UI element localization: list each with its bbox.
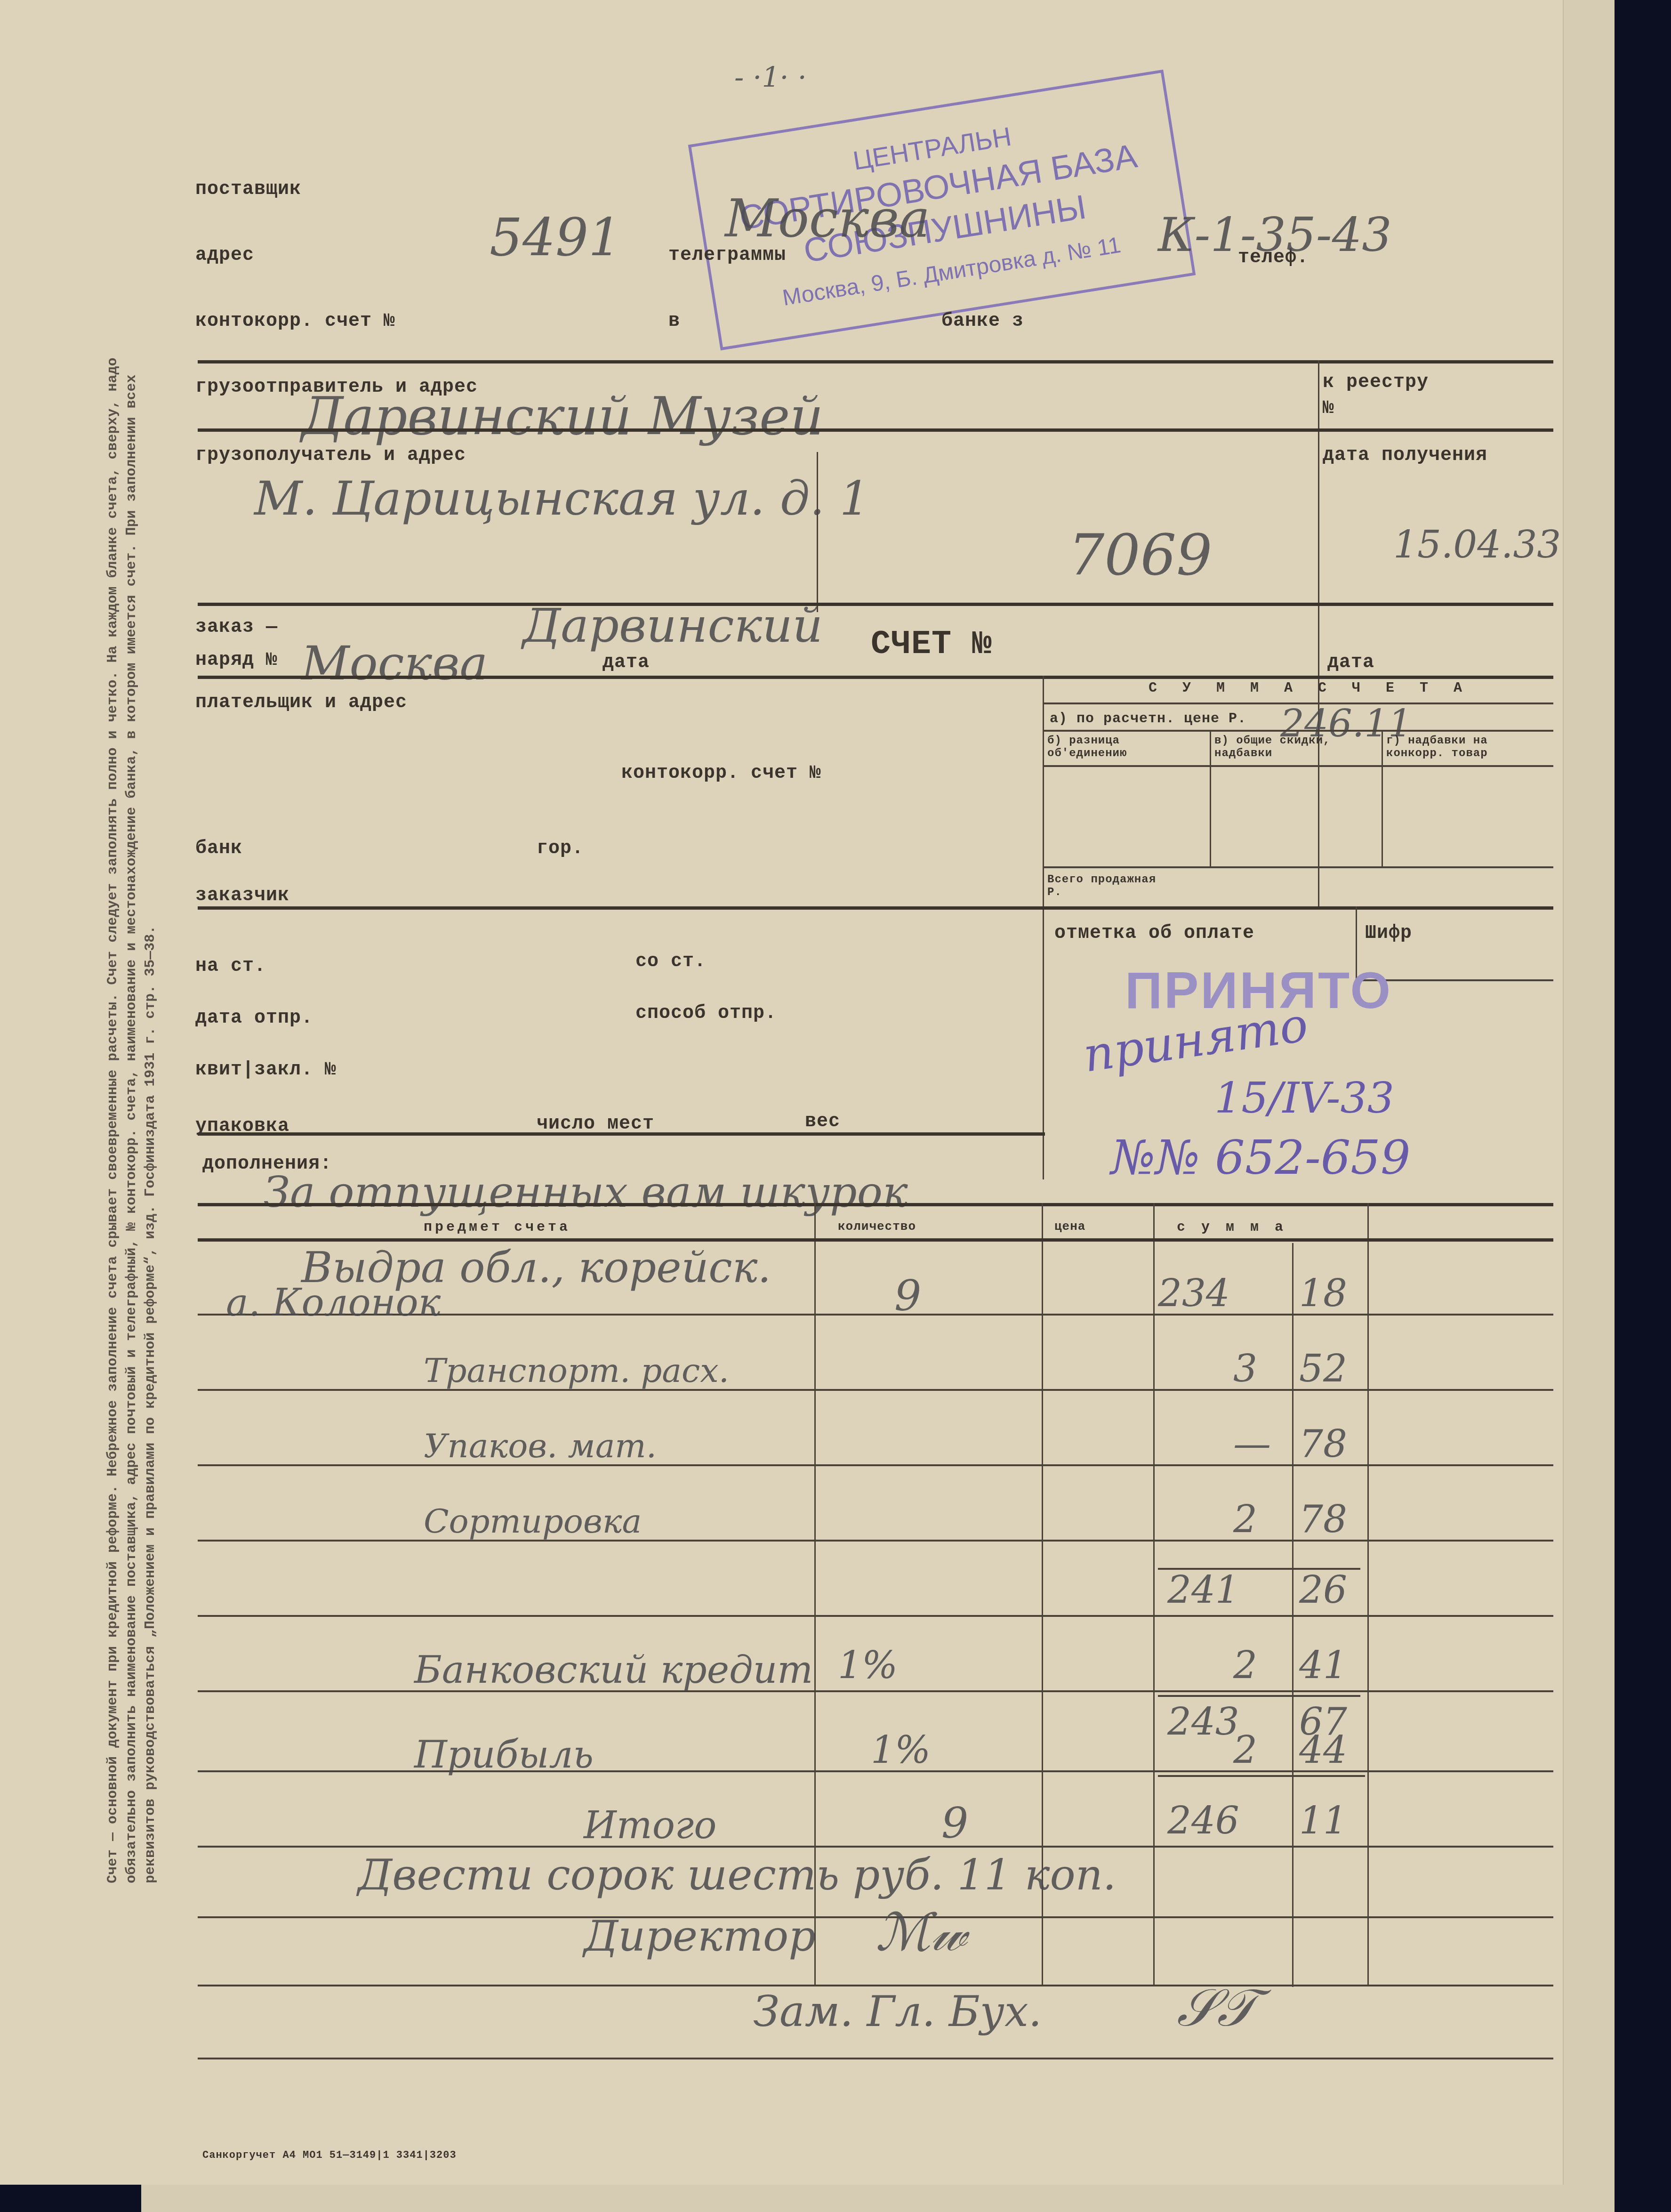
row-rule: [198, 1464, 1553, 1466]
row-kop: 78: [1299, 1497, 1347, 1541]
row-rub: 2: [1233, 1497, 1257, 1541]
row-rub: 2: [1233, 1643, 1257, 1687]
ship-method-label: способ отпр.: [635, 1003, 777, 1024]
payment-numbers: №№ 652-659: [1111, 1130, 1411, 1185]
row-rub: 2: [1233, 1728, 1257, 1772]
row-qty: 9: [894, 1271, 921, 1321]
row-rub: 234: [1158, 1271, 1230, 1315]
payer-account-label: контокорр. счет №: [621, 763, 821, 784]
col-header-price: цена: [1054, 1219, 1085, 1234]
row-kop: 26: [1299, 1568, 1347, 1612]
row-item: а. Колонок: [226, 1281, 441, 1324]
top-mark: - ·1· ·: [734, 61, 807, 94]
in-label: в: [668, 311, 680, 332]
invoice-sum-title: С У М М А С Ч Е Т А: [1149, 680, 1470, 696]
director-signature: ℳ𝓌: [876, 1902, 967, 1963]
sum-column-divider: [1153, 1203, 1155, 1985]
col-header-sum: с у м м а: [1177, 1219, 1287, 1235]
divider: [198, 906, 1553, 910]
consignee-label: грузополучатель и адрес: [195, 445, 466, 466]
bank-city-label: банк: [195, 838, 242, 859]
registry-label: к реестру: [1323, 372, 1429, 393]
payment-mark-label: отметка об оплате: [1054, 923, 1254, 944]
row-rule: [198, 2058, 1553, 2059]
shipper-value: Дарвинский Музей: [301, 386, 823, 446]
row-rule: [198, 1389, 1553, 1391]
col-header-qty: количество: [838, 1219, 916, 1234]
row-item: Транспорт. расх.: [424, 1351, 729, 1390]
divider: [1043, 866, 1553, 868]
divider: [198, 603, 1553, 606]
row-rub: 243: [1167, 1700, 1239, 1744]
payment-date: 15/IV-33: [1214, 1074, 1394, 1123]
ship-date-label: дата отпр.: [195, 1008, 313, 1029]
additions-value: За отпущенных вам шкурок: [264, 1168, 908, 1217]
row-kop: 41: [1299, 1643, 1347, 1687]
payer-label: плательщик и адрес: [195, 692, 407, 713]
table-top-rule: [198, 1203, 1553, 1206]
divider: [198, 360, 1553, 363]
order-handwritten: Дарвинский: [522, 598, 823, 653]
row-rule: [198, 1846, 1553, 1848]
row-qty: 1%: [871, 1728, 931, 1772]
address-label: адрес: [195, 245, 254, 266]
invoice-title: СЧЕТ №: [871, 626, 992, 663]
deputy-signature: 𝒮𝒯: [1177, 1978, 1256, 2039]
from-station-label: со ст.: [635, 951, 706, 972]
sum-total-label: Всего продажная Р.: [1047, 873, 1165, 899]
margin-instructions: Счет — основной документ при кредитной р…: [104, 353, 160, 1883]
registry-number: №: [1323, 398, 1334, 419]
row-kop: 18: [1299, 1271, 1347, 1315]
receipt-no-label: квит|закл. №: [195, 1059, 337, 1081]
address-value: 5491: [490, 207, 621, 267]
places-label: число мест: [537, 1114, 654, 1135]
amount-in-words: Двести сорок шесть руб. 11 коп.: [358, 1850, 1116, 1900]
row-kop: 78: [1299, 1422, 1347, 1466]
row-qty: 1%: [838, 1643, 898, 1687]
row-item: Итого: [584, 1803, 716, 1847]
row-kop: 52: [1299, 1347, 1347, 1390]
row-item: Упаков. мат.: [424, 1427, 657, 1465]
director-label: Директор: [584, 1912, 816, 1961]
receipt-date-label: дата получения: [1323, 445, 1487, 466]
to-station-label: на ст.: [195, 956, 266, 977]
header-rule: [198, 1238, 1553, 1242]
bank-label: банке з: [941, 311, 1024, 332]
city-label: гор.: [537, 838, 584, 859]
order-label: заказ —: [195, 617, 278, 638]
row-item: Банковский кредит: [414, 1648, 813, 1692]
row-rub: 246: [1167, 1799, 1239, 1842]
city-value: Москва: [725, 188, 930, 249]
row-rule: [198, 1540, 1553, 1542]
form-footer: Санкоргучет А4 МО1 51—3149|1 3341|3203: [202, 2149, 457, 2161]
row-kop: 44: [1299, 1728, 1347, 1772]
row-rule: [198, 1615, 1553, 1617]
col-header-item: предмет счета: [424, 1219, 570, 1235]
consignee-value: М. Царицынская ул. д. 1: [254, 471, 869, 526]
divider: [198, 428, 1553, 432]
right-column-divider: [1318, 360, 1319, 906]
divider: [198, 1132, 1045, 1136]
sum-a-label: а) по расчетн. цене Р.: [1050, 711, 1246, 727]
naryad-label: наряд №: [195, 650, 278, 671]
customer-label: заказчик: [195, 885, 289, 906]
cipher-label: Шифр: [1365, 923, 1412, 944]
subtotal-rule: [1158, 1695, 1360, 1697]
consignee-number: 7069: [1068, 523, 1212, 588]
row-rub: —: [1233, 1422, 1271, 1466]
weight-label: вес: [805, 1111, 840, 1132]
sum-box-left: [1043, 676, 1044, 1179]
row-kop: 11: [1299, 1799, 1347, 1842]
divider: [1382, 730, 1383, 866]
telegram-label: телеграммы: [668, 245, 786, 266]
extra-column-divider: [1367, 1203, 1369, 1985]
row-item: Сортировка: [424, 1502, 642, 1541]
row-rub: 3: [1233, 1347, 1257, 1390]
total-rule: [1158, 1775, 1365, 1777]
sum-b-label: б) разница об'единению: [1047, 735, 1203, 760]
naryad-handwritten: Москва: [301, 636, 488, 691]
phone-value: К-1-35-43: [1158, 207, 1392, 262]
consignee-divider: [817, 452, 818, 612]
sum-g-label: г) надбавки на конкорр. товар: [1386, 735, 1551, 760]
divider: [1043, 730, 1553, 732]
date-label-right: дата: [1327, 652, 1374, 673]
row-rule: [198, 1985, 1553, 1986]
row-rub: 241: [1167, 1568, 1239, 1612]
date-label: дата: [603, 652, 650, 673]
row-qty: 9: [941, 1799, 968, 1848]
divider: [1043, 765, 1553, 767]
row-item: Прибыль: [414, 1733, 594, 1776]
divider: [1210, 730, 1211, 866]
receipt-date: 15.04.33: [1393, 523, 1561, 566]
divider: [198, 676, 1553, 679]
invoice-form: - ·1· · ЦЕНТРАЛЬН СОРТИРОВОЧНАЯ БАЗА СОЮ…: [0, 0, 1564, 2185]
account-label: контокорр. счет №: [195, 311, 395, 332]
supplier-label: поставщик: [195, 179, 301, 200]
sum-v-label: в) общие скидки, надбавки: [1214, 735, 1370, 760]
row-rule: [198, 1690, 1553, 1692]
deputy-label: Зам. Гл. Бух.: [753, 1987, 1042, 2036]
